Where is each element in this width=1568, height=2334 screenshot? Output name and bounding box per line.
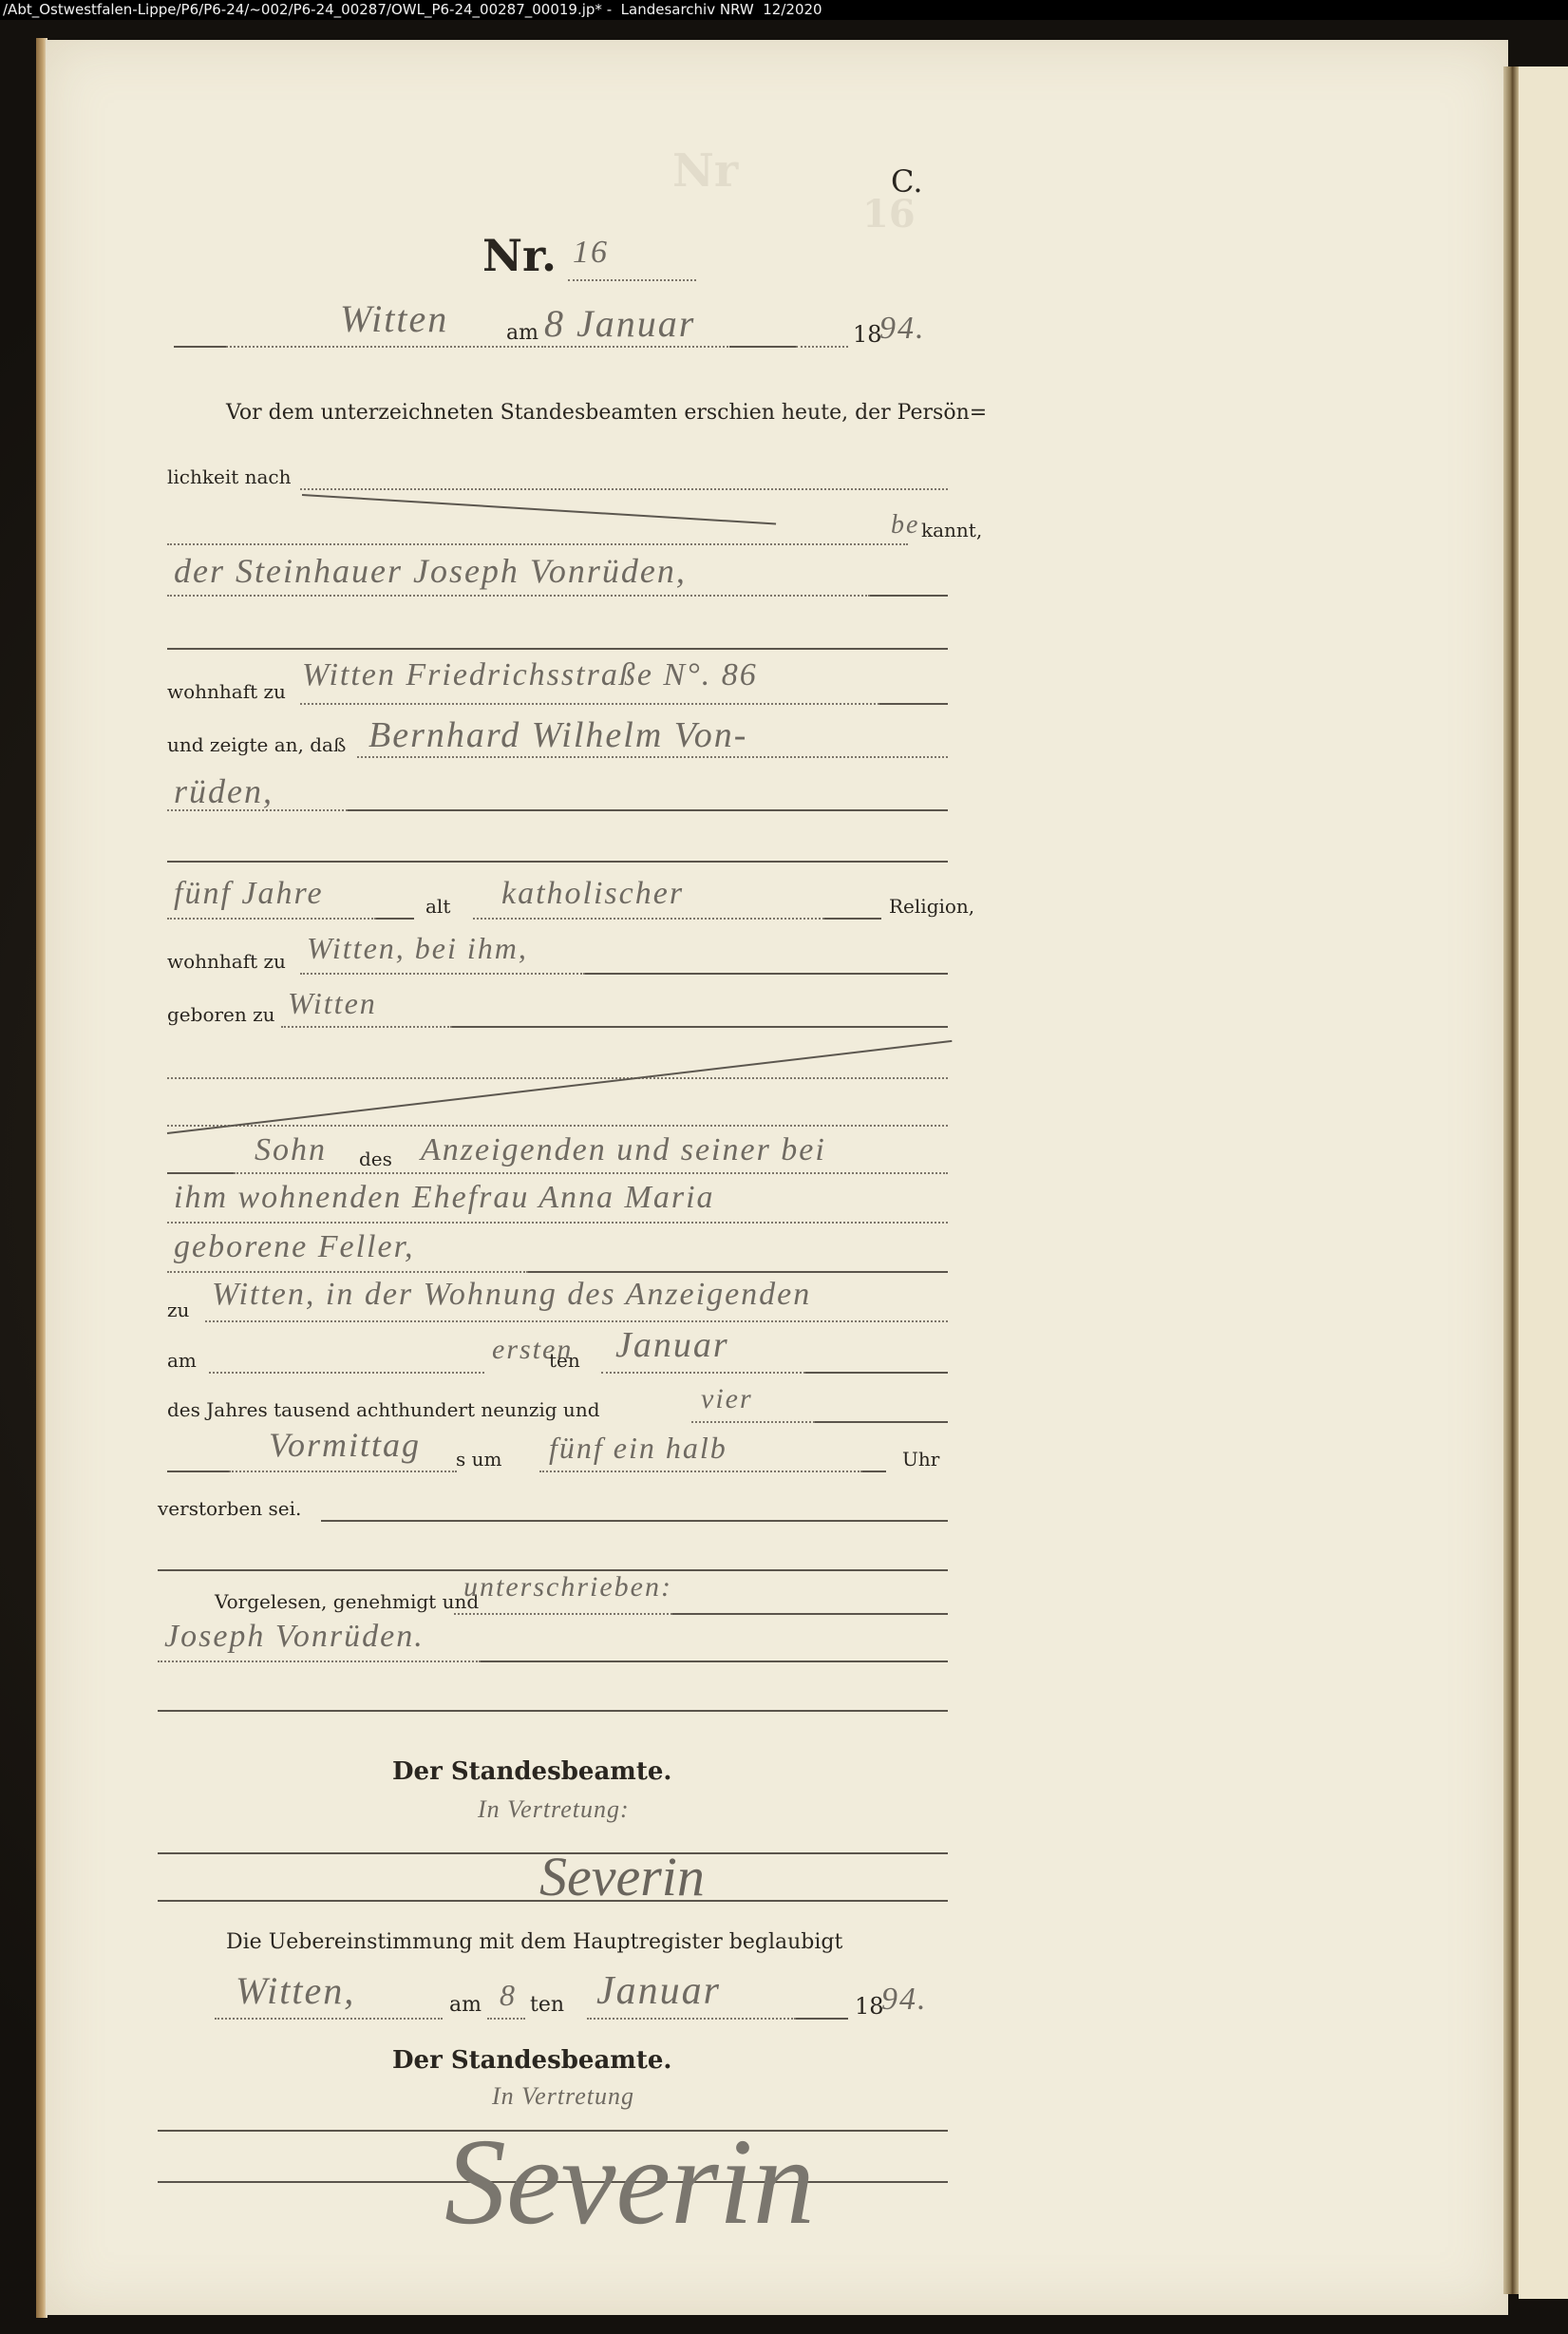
register-page: Nr 16 C. Nr. 16 Witten am 8 Januar 18 94… (46, 40, 1508, 2315)
fill-line (796, 2018, 848, 2020)
intro-line-2: lichkeit nach (167, 465, 292, 488)
religion-label: Religion, (889, 895, 974, 918)
death-year-word: vier (701, 1383, 753, 1415)
certification-text: Die Uebereinstimmung mit dem Hauptregist… (226, 1930, 842, 1954)
year-suffix: 94. (879, 311, 926, 347)
death-place: Witten, in der Wohnung des Anzeigenden (212, 1277, 811, 1313)
fill-line (167, 1125, 948, 1127)
entry-number-label: Nr. (482, 230, 557, 281)
fill-line (454, 1613, 672, 1615)
fill-line (672, 1613, 948, 1615)
known-prefix: be (891, 510, 919, 541)
fill-line (300, 488, 948, 490)
fill-line (167, 918, 376, 920)
fill-line (167, 648, 948, 650)
fill-line (167, 1077, 948, 1079)
death-hour: fünf ein halb (549, 1431, 727, 1466)
certification-title: Der Standesbeamte. (392, 2046, 671, 2075)
parents-line-3: geborene Feller, (174, 1229, 415, 1265)
window-title: /Abt_Ostwestfalen-Lippe/P6/P6-24/~002/P6… (0, 0, 1568, 20)
strike-through-stroke (302, 494, 776, 525)
death-month: Januar (615, 1324, 729, 1366)
fill-line (539, 1471, 862, 1472)
registrar-signature: Severin (539, 1845, 705, 1908)
certification-am-label: am (449, 1993, 482, 2017)
reported-label: und zeigte an, daß (167, 733, 346, 756)
born-place: Witten (288, 986, 377, 1021)
deceased-religion: katholischer (501, 876, 684, 912)
death-ten-label: ten (549, 1349, 580, 1372)
deceased-name-line-1: Bernhard Wilhelm Von- (368, 714, 747, 756)
certification-deputy-note: In Vertretung (492, 2082, 634, 2111)
fill-line (487, 2018, 525, 2020)
parents-line-1: Anzeigenden und seiner bei (421, 1132, 826, 1168)
strike-through-stroke (167, 1040, 953, 1134)
fill-line (234, 1172, 948, 1174)
parents-line-2: ihm wohnenden Ehefrau Anna Maria (174, 1180, 715, 1216)
intro-line-1: Vor dem unterzeichneten Standesbeamten e… (226, 401, 987, 425)
age-label: alt (425, 895, 450, 918)
fill-line (568, 279, 696, 281)
header-place: Witten (340, 296, 448, 341)
known-suffix: kannt, (921, 519, 982, 541)
attestation-label: Vorgelesen, genehmigt und (215, 1590, 479, 1613)
fill-line (691, 1421, 815, 1423)
deceased-name-line-2: rüden, (174, 771, 274, 811)
fill-line (585, 973, 948, 975)
fill-line (879, 703, 948, 705)
header-date: 8 Januar (544, 301, 695, 346)
certification-year-suffix: 94. (881, 1982, 928, 2018)
fill-line (601, 1372, 805, 1374)
informant-name: der Steinhauer Joseph Vonrüden, (174, 551, 687, 591)
entry-number-value: 16 (573, 235, 609, 271)
attestation-value: unterschrieben: (463, 1571, 672, 1603)
informant-signature: Joseph Vonrüden. (164, 1619, 425, 1655)
fill-line (862, 1471, 886, 1472)
book-gutter (1503, 66, 1519, 2294)
fill-line (174, 346, 226, 348)
fill-line (167, 543, 908, 545)
fill-line (357, 756, 948, 758)
uhr-label: Uhr (902, 1448, 939, 1471)
deceased-age: fünf Jahre (174, 876, 324, 912)
parents-des: des (359, 1148, 392, 1170)
certification-ten-label: ten (530, 1993, 564, 2017)
am-label: am (506, 321, 538, 345)
fill-line (587, 2018, 796, 2020)
registrar-title: Der Standesbeamte. (392, 1757, 671, 1786)
fill-line (167, 1471, 229, 1472)
fill-line (528, 1271, 948, 1273)
death-closing: verstorben sei. (158, 1497, 301, 1520)
death-time-of-day: Vormittag (269, 1425, 421, 1465)
fill-line (300, 703, 879, 705)
parents-prefix: Sohn (255, 1132, 327, 1168)
fill-line (229, 1471, 457, 1472)
fill-line (805, 1372, 948, 1374)
fill-line (167, 1271, 528, 1273)
fill-line (281, 1026, 452, 1028)
fill-line (452, 1026, 948, 1028)
death-time-suffix: s um (456, 1448, 501, 1471)
fill-line (300, 973, 585, 975)
fill-line (870, 595, 948, 597)
form-letter: C. (891, 163, 923, 199)
born-label: geboren zu (167, 1003, 275, 1026)
fill-line (167, 1172, 234, 1174)
death-place-label: zu (167, 1299, 189, 1321)
certification-signature: Severin (444, 2111, 815, 2253)
certification-day: 8 (500, 1978, 517, 2013)
fill-line (376, 918, 414, 920)
fill-line (348, 809, 948, 811)
year-prefix: 18 (853, 321, 882, 348)
certification-year-prefix: 18 (855, 1993, 884, 2020)
fill-line (729, 346, 796, 348)
death-year-label: des Jahres tausend achthundert neunzig u… (167, 1398, 600, 1421)
fill-line (158, 1900, 948, 1902)
fill-line (209, 1372, 484, 1374)
fill-line (481, 1660, 948, 1662)
fill-line (167, 1222, 948, 1224)
informant-residence-label: wohnhaft zu (167, 680, 286, 703)
certification-place: Witten, (236, 1968, 355, 2013)
fill-line (796, 346, 848, 348)
fill-line (158, 1710, 948, 1712)
fill-line (473, 918, 824, 920)
fill-line (158, 1660, 481, 1662)
fill-line (815, 1421, 948, 1423)
fill-line (321, 1520, 948, 1522)
deceased-residence: Witten, bei ihm, (307, 931, 528, 966)
fill-line (167, 595, 870, 597)
bleed-through-mark: Nr (672, 144, 738, 198)
informant-residence: Witten Friedrichsstraße N°. 86 (302, 657, 758, 693)
fill-line (167, 861, 948, 863)
death-am-label: am (167, 1349, 197, 1372)
deceased-residence-label: wohnhaft zu (167, 950, 286, 973)
fill-line (541, 346, 731, 348)
fill-line (226, 346, 539, 348)
registrar-deputy-note: In Vertretung: (478, 1795, 630, 1824)
certification-month: Januar (596, 1968, 721, 2014)
fill-line (205, 1320, 948, 1322)
facing-page-edge (1519, 66, 1568, 2299)
fill-line (215, 2018, 443, 2020)
fill-line (824, 918, 881, 920)
